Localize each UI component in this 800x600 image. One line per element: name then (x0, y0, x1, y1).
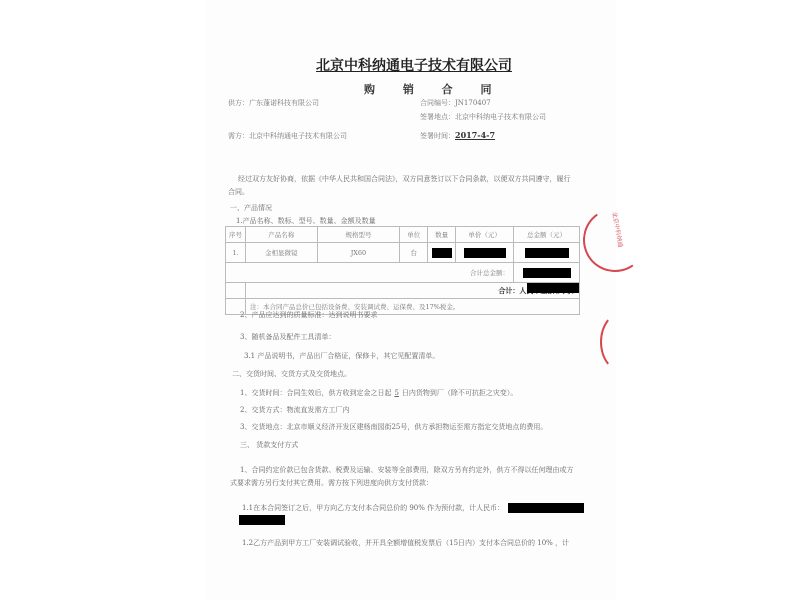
sign-place-field: 签署地点：北京中科纳电子技术有限公司 (420, 112, 546, 122)
unit-price-redacted (456, 243, 514, 263)
table-header-row: 序号 产品名称 规格型号 单位 数量 单价（元） 总金额（元） (226, 227, 580, 243)
sign-place-label: 签署地点： (420, 113, 455, 121)
section3-heading: 三、 货款支付方式 (240, 440, 298, 450)
secondary-seal (600, 312, 644, 372)
sign-date-value: 2017-4-7 (455, 130, 495, 140)
document-title: 购 销 合 同 (364, 81, 504, 97)
payment-terms-line-1: 1、合同约定价款已包含货款、税费及运输、安装等全部费用，除双方另有约定外，供方不… (240, 465, 573, 475)
table-row: 1. 金相显微镜 JX60 台 (226, 243, 580, 263)
product-name: 金相显微镜 (245, 243, 317, 263)
buyer-value: 北京中科纳通电子技术有限公司 (249, 132, 347, 140)
delivery-method: 2、交货方式：物流直发需方工厂内 (240, 405, 349, 415)
contract-no-label: 合同编号： (420, 99, 455, 107)
quality-standard: 2、产品应达到的质量标准：达到说明书要求 (240, 310, 377, 320)
header-cell: 序号 (226, 227, 246, 243)
sign-date-label: 签署时间： (420, 132, 455, 140)
product-unit: 台 (400, 243, 428, 263)
redaction-block (432, 248, 452, 258)
header-cell: 规格型号 (317, 227, 400, 243)
header-cell: 数量 (428, 227, 456, 243)
section1-sub: 1.产品名称、数标、型号、数量、金额及数量 (236, 216, 376, 226)
header-cell: 总金额（元） (514, 227, 580, 243)
contract-no-value: JN170407 (455, 99, 491, 107)
total-amount-redaction (527, 283, 579, 293)
subtotal-redacted (514, 263, 580, 283)
advance-amount-redaction (508, 503, 584, 513)
row-no: 1. (226, 243, 246, 263)
blank-cell (226, 283, 246, 299)
product-model: JX60 (317, 243, 400, 263)
total-redacted (514, 243, 580, 263)
accessories-detail: 3.1 产品说明书，产品出厂合格证，保修卡，其它见配置清单。 (244, 351, 439, 361)
delivery-time-post: 日内货物到厂（除不可抗拒之灾变）。 (402, 389, 518, 397)
sign-date-field: 签署时间：2017-4-7 (420, 130, 495, 141)
company-title: 北京中科纳通电子技术有限公司 (316, 55, 512, 75)
redaction-block (525, 248, 569, 258)
header-cell: 单位 (400, 227, 428, 243)
supplier-field: 供方：广东蓬诺科技有限公司 (228, 98, 319, 108)
payment-advance: 1.1在本合同签订之后，甲方向乙方支付本合同总价的 90% 作为预付款，计人民币… (242, 503, 504, 513)
payment-final: 1.2乙方产品到甲方工厂安装调试验收，并开具全额增值税发票后（15日内）支付本合… (242, 538, 569, 548)
supplier-label: 供方： (228, 99, 249, 107)
delivery-location: 3、交货地点：北京市顺义经济开发区建杨南园街25号，供方承担物运至需方指定交货地… (240, 422, 547, 432)
sign-place-value: 北京中科纳电子技术有限公司 (455, 113, 546, 121)
advance-amount-redaction-cont (239, 515, 285, 525)
subtotal-row: 合计总金额： (226, 263, 580, 283)
header-cell: 单价（元） (456, 227, 514, 243)
subtotal-label: 合计总金额： (226, 263, 514, 283)
buyer-label: 需方： (228, 132, 249, 140)
quantity-redacted (428, 243, 456, 263)
delivery-days: 5 (391, 389, 401, 397)
accessories-list: 3、随机备品及配件工具清单： (240, 332, 335, 342)
supplier-value: 广东蓬诺科技有限公司 (249, 99, 319, 107)
header-cell: 产品名称 (245, 227, 317, 243)
redaction-block (464, 248, 506, 258)
intro-line-1: 经过双方友好协商，依据《中华人民共和国合同法》，双方同意签订以下合同条款，以便双… (238, 174, 571, 184)
buyer-field: 需方：北京中科纳通电子技术有限公司 (228, 131, 347, 141)
intro-line-2: 合同。 (228, 187, 249, 197)
delivery-time-pre: 1、交货时间：合同生效后，供方收到定金之日起 (240, 389, 391, 397)
product-table: 序号 产品名称 规格型号 单位 数量 单价（元） 总金额（元） 1. 金相显微镜… (225, 226, 580, 315)
section1-heading: 一、产品情况 (230, 203, 272, 213)
contract-no-field: 合同编号：JN170407 (420, 98, 491, 108)
payment-terms-line-2: 式要求需方另行支付其它费用。需方按下列进度向供方支付货款： (230, 478, 433, 488)
redaction-block (523, 268, 571, 278)
section2-heading: 二、交货时间、交货方式及交货地点。 (232, 369, 351, 379)
delivery-time: 1、交货时间：合同生效后，供方收到定金之日起5日内货物到厂（除不可抗拒之灾变）。 (240, 388, 517, 398)
